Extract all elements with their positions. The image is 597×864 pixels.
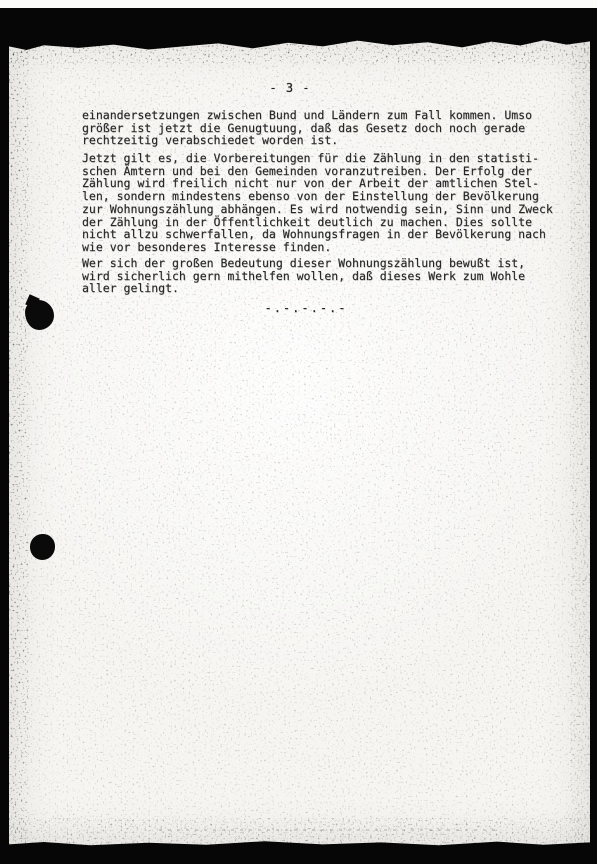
scan-edge-bottom-artifact	[9, 838, 590, 846]
section-separator: -.-.-.-.-	[241, 301, 371, 315]
text-line: len, sondern mindestens ebenso von der E…	[82, 190, 574, 203]
text-line: rechtzeitig verabschiedet worden ist.	[82, 134, 574, 147]
text-line: Wer sich der großen Bedeutung dieser Woh…	[82, 257, 574, 270]
text-line: wie vor besonderes Interesse finden.	[82, 241, 574, 254]
text-line: aller gelingt.	[82, 282, 574, 295]
text-line: einandersetzungen zwischen Bund und Länd…	[82, 109, 574, 122]
punch-hole-bottom	[30, 534, 55, 560]
punch-hole-top	[25, 300, 54, 330]
paragraph-1: einandersetzungen zwischen Bund und Länd…	[82, 109, 574, 147]
text-line: Jetzt gilt es, die Vorbereitungen für di…	[82, 152, 574, 165]
scan-edge-top-artifact	[9, 38, 590, 50]
paragraph-2: Jetzt gilt es, die Vorbereitungen für di…	[82, 152, 574, 254]
text-line: zur Wohnungszählung abhängen. Es wird no…	[82, 203, 574, 216]
page-number: - 3 -	[230, 81, 350, 95]
scan-artifact-line	[159, 829, 499, 831]
paragraph-3: Wer sich der großen Bedeutung dieser Woh…	[82, 257, 574, 295]
document-page: - 3 - einandersetzungen zwischen Bund un…	[9, 38, 590, 846]
